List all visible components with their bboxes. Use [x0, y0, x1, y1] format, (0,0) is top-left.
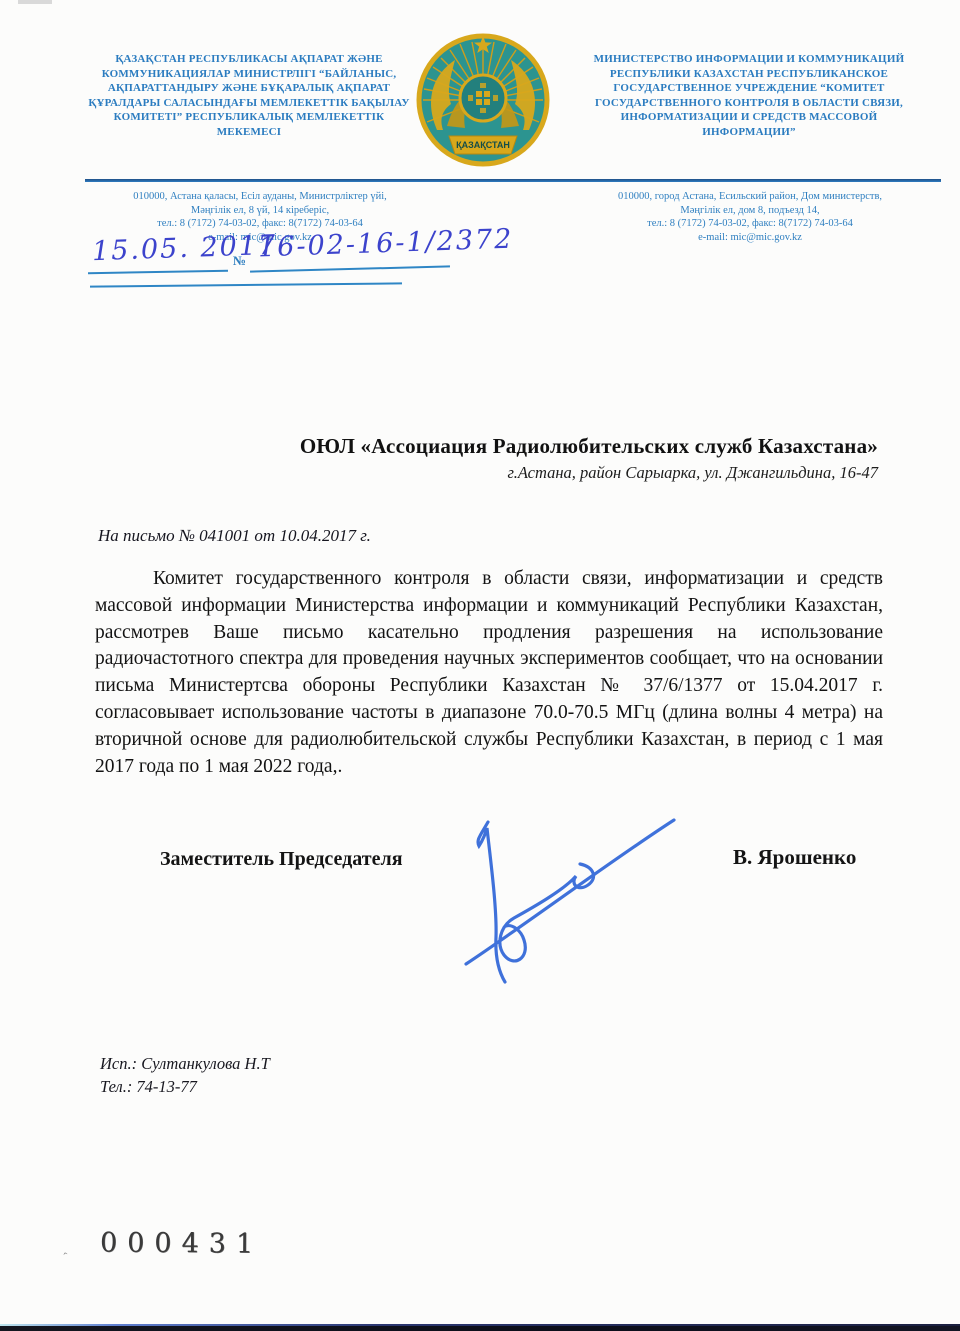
- date-underline: [88, 270, 228, 274]
- blank-reference-underline: [90, 282, 402, 287]
- letterhead-divider-rule: [85, 179, 941, 182]
- addressee-organization: ОЮЛ «Ассоциация Радиолюбительских служб …: [240, 434, 878, 459]
- kazakhstan-state-emblem-icon: ҚАЗАҚСТАН: [413, 30, 553, 170]
- scanned-letter-page: ҚАЗАҚСТАН РЕСПУБЛИКАСЫ АҚПАРАТ ЖӘНЕ КОММ…: [0, 0, 960, 1331]
- executor-block: Исп.: Султанкулова Н.Т Тел.: 74-13-77: [100, 1052, 270, 1098]
- address-line: Мәңгілік ел, дом 8, подъезд 14,: [585, 204, 915, 218]
- letterhead-org-name-russian: МИНИСТЕРСТВО ИНФОРМАЦИИ И КОММУНИКАЦИЙ Р…: [582, 52, 916, 139]
- address-line: 010000, город Астана, Есильский район, Д…: [585, 190, 915, 204]
- number-sign-label: №: [233, 253, 246, 269]
- address-line: Мәңгілік ел, 8 үй, 14 кіреберіс,: [95, 204, 425, 218]
- signatory-name: В. Ярошенко: [733, 845, 856, 870]
- incoming-letter-reference: На письмо № 041001 от 10.04.2017 г.: [98, 526, 371, 546]
- handwritten-signature: [452, 812, 682, 1007]
- executor-name: Исп.: Султанкулова Н.Т: [100, 1052, 270, 1075]
- emblem-banner-text: ҚАЗАҚСТАН: [456, 140, 510, 150]
- scan-artifact-smudge: [18, 0, 52, 4]
- scan-artifact-caret: ˆ: [63, 1250, 70, 1265]
- signatory-job-title: Заместитель Председателя: [160, 848, 403, 871]
- number-underline: [250, 265, 450, 272]
- executor-phone: Тел.: 74-13-77: [100, 1075, 270, 1098]
- addressee-address: г.Астана, район Сарыарка, ул. Джангильди…: [240, 463, 878, 483]
- address-line: тел.: 8 (7172) 74-03-02, факс: 8(7172) 7…: [585, 217, 915, 231]
- letter-body-paragraph: Комитет государственного контроля в обла…: [95, 566, 883, 780]
- address-line: e-mail: mic@mic.gov.kz: [585, 231, 915, 245]
- scan-bottom-edge: [0, 1324, 960, 1331]
- stamped-page-number: 000431: [100, 1227, 263, 1259]
- letterhead-org-name-kazakh: ҚАЗАҚСТАН РЕСПУБЛИКАСЫ АҚПАРАТ ЖӘНЕ КОММ…: [88, 52, 410, 139]
- letterhead-address-russian: 010000, город Астана, Есильский район, Д…: [585, 190, 915, 245]
- handwritten-date: 15.05. 2017: [92, 230, 278, 267]
- addressee-block: ОЮЛ «Ассоциация Радиолюбительских служб …: [240, 434, 878, 483]
- address-line: 010000, Астана қаласы, Есіл ауданы, Мини…: [95, 190, 425, 204]
